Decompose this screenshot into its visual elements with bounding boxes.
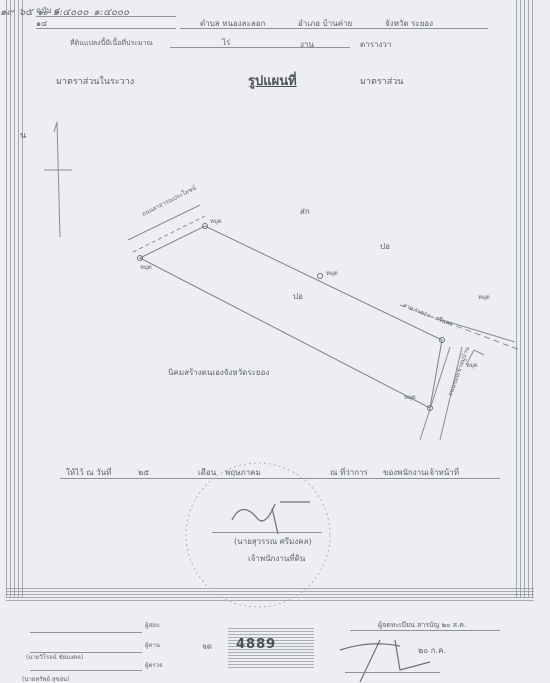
land-title-deed-page: ฉบับ ๔ ๑๔ ตำบล หนองละลอก อำเภอ บ้านค่าย … [0,0,550,683]
registrar-sign-line [345,672,440,673]
registrar-signature [0,0,550,683]
